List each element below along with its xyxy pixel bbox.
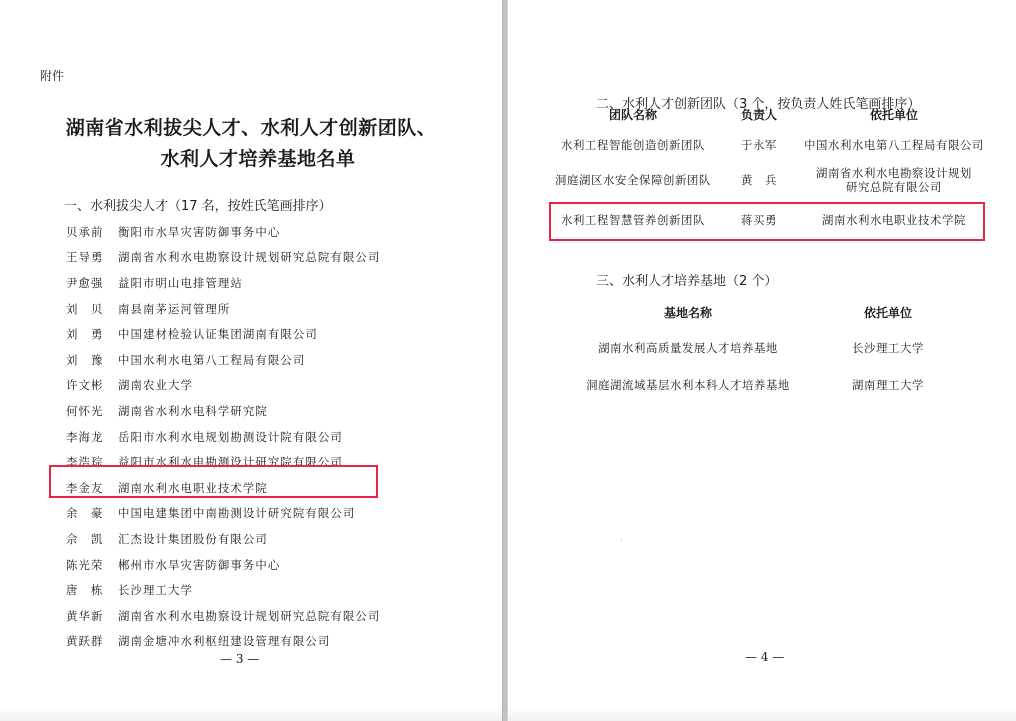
talent-name: 许文彬 <box>66 377 118 393</box>
talent-unit: 湖南省水利水电勘察设计规划研究总院有限公司 <box>118 608 380 624</box>
header-leader: 负责人 <box>718 102 800 126</box>
talent-unit: 益阳市水利水电勘测设计研究院有限公司 <box>118 454 343 470</box>
list-item: 唐 栋长沙理工大学 <box>66 577 380 603</box>
talent-unit: 益阳市明山电排管理站 <box>118 275 243 291</box>
list-item: 尹愈强益阳市明山电排管理站 <box>66 270 380 296</box>
list-item: 李海龙岳阳市水利水电规划勘测设计院有限公司 <box>66 424 380 450</box>
talent-unit: 湖南水利水电职业技术学院 <box>118 480 268 496</box>
team-table-header: 团队名称 负责人 依托单位 <box>548 102 988 126</box>
header-base-unit: 依托单位 <box>798 304 978 324</box>
list-item: 李浩琮益阳市水利水电勘测设计研究院有限公司 <box>66 449 380 475</box>
team-unit-line: 湖南水利水电职业技术学院 <box>822 213 966 227</box>
talent-unit: 中国建材检验认证集团湖南有限公司 <box>118 326 318 342</box>
talent-unit: 湖南农业大学 <box>118 377 193 393</box>
list-item: 刘 贝南县南茅运河管理所 <box>66 296 380 322</box>
base-name: 洞庭湖流域基层水利本科人才培养基地 <box>578 377 798 393</box>
list-item: 王导勇湖南省水利水电勘察设计规划研究总院有限公司 <box>66 245 380 271</box>
talent-name: 李海龙 <box>66 429 118 445</box>
talent-unit: 湖南省水利水电勘察设计规划研究总院有限公司 <box>118 249 380 265</box>
base-unit: 湖南理工大学 <box>798 377 978 393</box>
talent-unit: 中国电建集团中南勘测设计研究院有限公司 <box>118 505 355 521</box>
table-row: 水利工程智慧管养创新团队 蒋买勇 湖南水利水电职业技术学院 <box>548 209 988 231</box>
team-leader: 于永军 <box>718 134 800 156</box>
talent-name: 刘 豫 <box>66 352 118 368</box>
team-unit-line: 研究总院有限公司 <box>846 180 942 194</box>
talent-name: 黄华新 <box>66 608 118 624</box>
document-title-line-2: 水利人才培养基地名单 <box>0 144 502 175</box>
talent-unit: 汇杰设计集团股份有限公司 <box>118 531 268 547</box>
team-name: 水利工程智慧管养创新团队 <box>548 209 718 231</box>
talent-unit: 长沙理工大学 <box>118 582 193 598</box>
base-table-header: 基地名称 依托单位 <box>578 304 978 324</box>
team-unit: 湖南水利水电职业技术学院 <box>800 209 988 231</box>
talent-name: 李浩琮 <box>66 454 118 470</box>
talent-name: 王导勇 <box>66 249 118 265</box>
document-title: 湖南省水利拔尖人才、水利人才创新团队、 水利人才培养基地名单 <box>0 113 502 175</box>
talent-name: 何怀光 <box>66 403 118 419</box>
page-number: — 3 — <box>220 652 259 666</box>
team-unit: 中国水利水电第八工程局有限公司 <box>800 134 988 156</box>
list-item: 黄华新湖南省水利水电勘察设计规划研究总院有限公司 <box>66 603 380 629</box>
document-page-4: 二、水利人才创新团队（3 个，按负责人姓氏笔画排序） 团队名称 负责人 依托单位… <box>508 0 1016 721</box>
list-item: 佘 凯汇杰设计集团股份有限公司 <box>66 526 380 552</box>
team-leader: 蒋买勇 <box>718 209 800 231</box>
list-item: 刘 勇中国建材检验认证集团湖南有限公司 <box>66 321 380 347</box>
talent-name: 陈光荣 <box>66 557 118 573</box>
talent-unit: 衡阳市水旱灾害防御事务中心 <box>118 224 280 240</box>
table-row: 湖南水利高质量发展人才培养基地 长沙理工大学 <box>578 340 978 356</box>
talent-name: 贝承前 <box>66 224 118 240</box>
talent-unit: 中国水利水电第八工程局有限公司 <box>118 352 305 368</box>
list-item: 许文彬湖南农业大学 <box>66 373 380 399</box>
page-number: — 4 — <box>745 650 784 664</box>
team-unit-line: 湖南省水利水电勘察设计规划 <box>816 166 972 180</box>
attachment-label: 附件 <box>40 67 64 84</box>
list-item: 刘 豫中国水利水电第八工程局有限公司 <box>66 347 380 373</box>
talent-unit: 郴州市水旱灾害防御事务中心 <box>118 557 280 573</box>
list-item: 李金友湖南水利水电职业技术学院 <box>66 475 380 501</box>
list-item: 黄跃群湖南金塘冲水利枢纽建设管理有限公司 <box>66 629 380 655</box>
document-title-line-1: 湖南省水利拔尖人才、水利人才创新团队、 <box>0 113 502 144</box>
talent-name: 佘 凯 <box>66 531 118 547</box>
table-row: 水利工程智能创造创新团队 于永军 中国水利水电第八工程局有限公司 <box>548 134 988 156</box>
talent-list: 贝承前衡阳市水旱灾害防御事务中心王导勇湖南省水利水电勘察设计规划研究总院有限公司… <box>66 219 380 654</box>
team-unit: 湖南省水利水电勘察设计规划 研究总院有限公司 <box>800 162 988 198</box>
talent-name: 尹愈强 <box>66 275 118 291</box>
list-item: 何怀光湖南省水利水电科学研究院 <box>66 398 380 424</box>
section-1-heading: 一、水利拔尖人才（17 名，按姓氏笔画排序） <box>64 195 332 214</box>
talent-name: 李金友 <box>66 480 118 496</box>
talent-name: 黄跃群 <box>66 633 118 649</box>
list-item: 陈光荣郴州市水旱灾害防御事务中心 <box>66 552 380 578</box>
table-row: 洞庭湖流域基层水利本科人才培养基地 湖南理工大学 <box>578 377 978 393</box>
team-name: 洞庭湖区水安全保障创新团队 <box>548 162 718 198</box>
page-bottom-edge <box>508 707 1016 721</box>
header-base-name: 基地名称 <box>578 304 798 324</box>
talent-name: 余 豪 <box>66 505 118 521</box>
talent-unit: 湖南金塘冲水利枢纽建设管理有限公司 <box>118 633 330 649</box>
list-item: 余 豪中国电建集团中南勘测设计研究院有限公司 <box>66 501 380 527</box>
table-row: 洞庭湖区水安全保障创新团队 黄 兵 湖南省水利水电勘察设计规划 研究总院有限公司 <box>548 162 988 198</box>
talent-name: 唐 栋 <box>66 582 118 598</box>
talent-unit: 湖南省水利水电科学研究院 <box>118 403 268 419</box>
page-bottom-edge <box>0 707 502 721</box>
base-name: 湖南水利高质量发展人才培养基地 <box>578 340 798 356</box>
section-3-heading: 三、水利人才培养基地（2 个） <box>596 270 777 289</box>
document-page-3: 附件 湖南省水利拔尖人才、水利人才创新团队、 水利人才培养基地名单 一、水利拔尖… <box>0 0 502 721</box>
list-item: 贝承前衡阳市水旱灾害防御事务中心 <box>66 219 380 245</box>
base-unit: 长沙理工大学 <box>798 340 978 356</box>
talent-name: 刘 贝 <box>66 301 118 317</box>
team-leader: 黄 兵 <box>718 162 800 198</box>
header-unit: 依托单位 <box>800 102 988 126</box>
talent-name: 刘 勇 <box>66 326 118 342</box>
team-name: 水利工程智能创造创新团队 <box>548 134 718 156</box>
talent-unit: 岳阳市水利水电规划勘测设计院有限公司 <box>118 429 343 445</box>
scan-speck <box>621 540 622 541</box>
header-team-name: 团队名称 <box>548 102 718 126</box>
talent-unit: 南县南茅运河管理所 <box>118 301 230 317</box>
team-unit-line: 中国水利水电第八工程局有限公司 <box>804 138 984 152</box>
